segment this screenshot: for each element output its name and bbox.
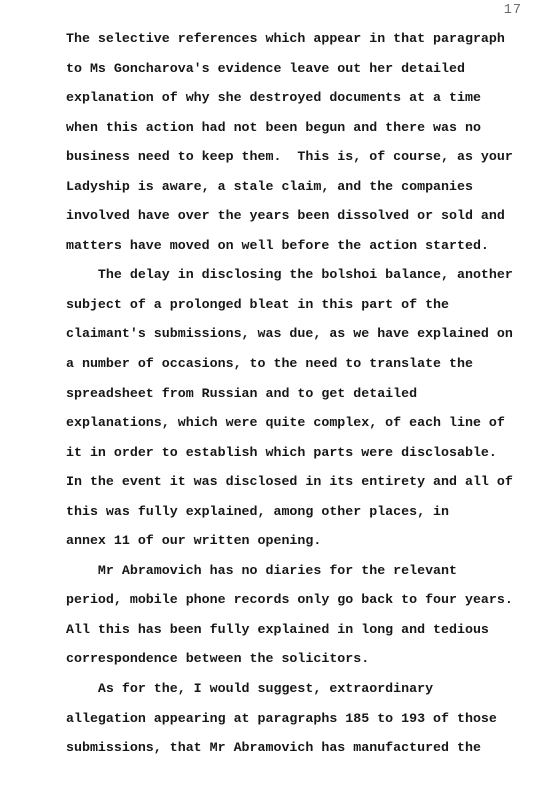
text-line: it in order to establish which parts wer… — [66, 438, 526, 468]
text-line: Mr Abramovich has no diaries for the rel… — [66, 556, 526, 586]
text-line: As for the, I would suggest, extraordina… — [66, 674, 526, 704]
text-line: a number of occasions, to the need to tr… — [66, 349, 526, 379]
text-line: when this action had not been begun and … — [66, 113, 526, 143]
text-line: correspondence between the solicitors. — [66, 644, 526, 674]
text-line: submissions, that Mr Abramovich has manu… — [66, 733, 526, 763]
text-line: In the event it was disclosed in its ent… — [66, 467, 526, 497]
text-line: The selective references which appear in… — [66, 24, 526, 54]
text-line: allegation appearing at paragraphs 185 t… — [66, 704, 526, 734]
text-line: business need to keep them. This is, of … — [66, 142, 526, 172]
text-line: this was fully explained, among other pl… — [66, 497, 526, 527]
transcript-text: The selective references which appear in… — [66, 24, 526, 763]
text-line: explanations, which were quite complex, … — [66, 408, 526, 438]
text-line: period, mobile phone records only go bac… — [66, 585, 526, 615]
text-line: involved have over the years been dissol… — [66, 201, 526, 231]
text-line: subject of a prolonged bleat in this par… — [66, 290, 526, 320]
text-line: annex 11 of our written opening. — [66, 526, 526, 556]
text-line: The delay in disclosing the bolshoi bala… — [66, 260, 526, 290]
text-line: explanation of why she destroyed documen… — [66, 83, 526, 113]
text-line: Ladyship is aware, a stale claim, and th… — [66, 172, 526, 202]
text-line: to Ms Goncharova's evidence leave out he… — [66, 54, 526, 84]
page-number: 17 — [504, 3, 522, 18]
text-line: All this has been fully explained in lon… — [66, 615, 526, 645]
text-line: claimant's submissions, was due, as we h… — [66, 319, 526, 349]
text-line: matters have moved on well before the ac… — [66, 231, 526, 261]
document-page: 17 The selective references which appear… — [0, 0, 558, 789]
text-line: spreadsheet from Russian and to get deta… — [66, 379, 526, 409]
